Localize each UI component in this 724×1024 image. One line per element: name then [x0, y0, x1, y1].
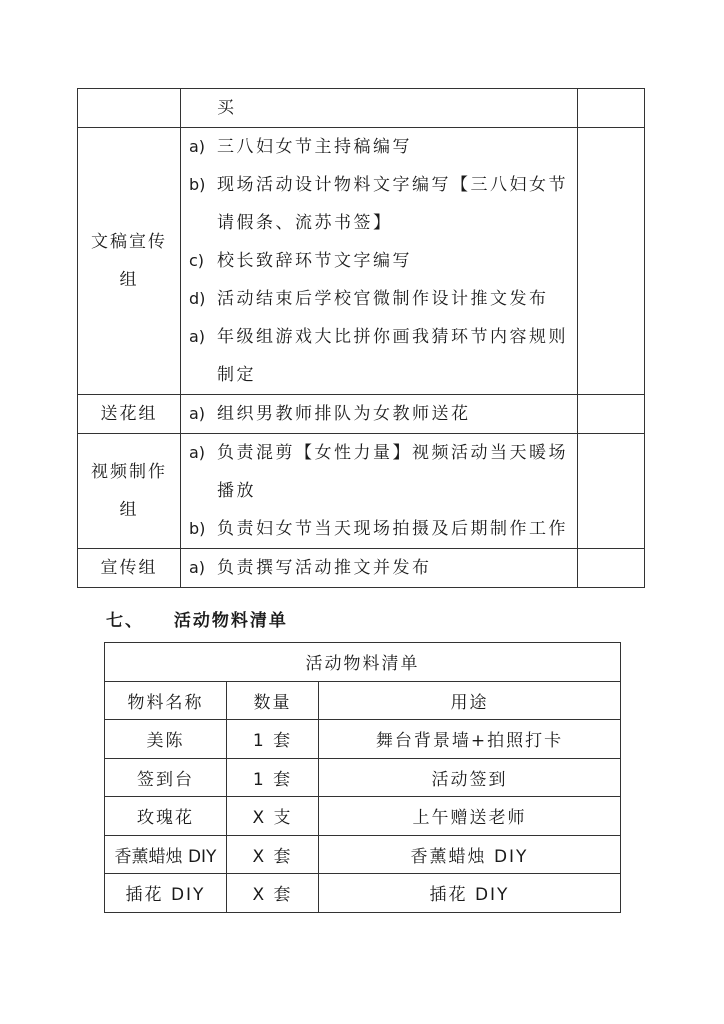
task-text: 组织男教师排队为女教师送花: [217, 395, 577, 433]
material-name: 玫瑰花: [105, 797, 227, 836]
table-row: 买: [78, 89, 645, 128]
note-cell: [578, 434, 645, 549]
table-row: 视频制作组 a) 负责混剪【女性力量】视频活动当天暖场 播放 b) 负责妇女节当…: [78, 434, 645, 549]
group-cell: [78, 89, 181, 128]
material-quantity: X 套: [227, 874, 319, 913]
tasks-cell: a) 组织男教师排队为女教师送花: [181, 395, 578, 434]
material-quantity: X 支: [227, 797, 319, 836]
table-caption: 活动物料清单: [105, 643, 621, 682]
group-cell: 视频制作组: [78, 434, 181, 549]
task-text: 负责撰写活动推文并发布: [217, 549, 577, 587]
tasks-cell: a) 负责混剪【女性力量】视频活动当天暖场 播放 b) 负责妇女节当天现场拍摄及…: [181, 434, 578, 549]
table-row: 插花 DIY X 套 插花 DIY: [105, 874, 621, 913]
table-row: 签到台 1 套 活动签到: [105, 758, 621, 797]
material-quantity: X 套: [227, 835, 319, 874]
group-cell: 宣传组: [78, 549, 181, 588]
material-purpose: 插花 DIY: [319, 874, 621, 913]
table-row: 送花组 a) 组织男教师排队为女教师送花: [78, 395, 645, 434]
section-heading: 七、 活动物料清单: [106, 606, 288, 631]
material-name: 插花 DIY: [105, 874, 227, 913]
material-quantity: 1 套: [227, 758, 319, 797]
task-item: a) 组织男教师排队为女教师送花: [189, 395, 577, 433]
task-continuation: 播放: [189, 472, 577, 510]
task-label: d): [189, 280, 217, 318]
note-cell: [578, 395, 645, 434]
task-label: a): [189, 318, 217, 356]
task-text: 现场活动设计物料文字编写【三八妇女节: [217, 166, 577, 204]
group-cell: 送花组: [78, 395, 181, 434]
task-text: 三八妇女节主持稿编写: [217, 128, 577, 166]
task-text: 负责混剪【女性力量】视频活动当天暖场: [217, 434, 577, 472]
task-assignment-table: 买 文稿宣传组 a) 三八妇女节主持稿编写 b) 现场活动设计物料文字编写【三八…: [77, 88, 645, 588]
task-item: a) 负责撰写活动推文并发布: [189, 549, 577, 587]
table-row: 宣传组 a) 负责撰写活动推文并发布: [78, 549, 645, 588]
material-purpose: 上午赠送老师: [319, 797, 621, 836]
note-cell: [578, 549, 645, 588]
note-cell: [578, 89, 645, 128]
task-continuation: 请假条、流苏书签】: [189, 204, 577, 242]
section-title: 活动物料清单: [174, 611, 288, 631]
task-label: c): [189, 242, 217, 280]
task-item: b) 现场活动设计物料文字编写【三八妇女节: [189, 166, 577, 204]
material-purpose: 舞台背景墙+拍照打卡: [319, 720, 621, 759]
column-header: 物料名称: [105, 681, 227, 720]
table-row: 美陈 1 套 舞台背景墙+拍照打卡: [105, 720, 621, 759]
column-header: 数量: [227, 681, 319, 720]
task-label: b): [189, 166, 217, 204]
task-text: 活动结束后学校官微制作设计推文发布: [217, 280, 577, 318]
task-text: 校长致辞环节文字编写: [217, 242, 577, 280]
task-text: 年级组游戏大比拼你画我猜环节内容规则: [217, 318, 577, 356]
task-label: b): [189, 510, 217, 548]
task-label: a): [189, 549, 217, 587]
material-name: 美陈: [105, 720, 227, 759]
table-row: 玫瑰花 X 支 上午赠送老师: [105, 797, 621, 836]
tasks-cell: 买: [181, 89, 578, 128]
material-name: 签到台: [105, 758, 227, 797]
task-item: b) 负责妇女节当天现场拍摄及后期制作工作: [189, 510, 577, 548]
materials-table: 活动物料清单 物料名称 数量 用途 美陈 1 套 舞台背景墙+拍照打卡 签到台 …: [104, 642, 621, 913]
tasks-cell: a) 负责撰写活动推文并发布: [181, 549, 578, 588]
group-cell: 文稿宣传组: [78, 128, 181, 395]
table-caption-row: 活动物料清单: [105, 643, 621, 682]
tasks-cell: a) 三八妇女节主持稿编写 b) 现场活动设计物料文字编写【三八妇女节 请假条、…: [181, 128, 578, 395]
section-number: 七、: [106, 611, 144, 631]
column-header: 用途: [319, 681, 621, 720]
table-row: 文稿宣传组 a) 三八妇女节主持稿编写 b) 现场活动设计物料文字编写【三八妇女…: [78, 128, 645, 395]
task-item: d) 活动结束后学校官微制作设计推文发布: [189, 280, 577, 318]
note-cell: [578, 128, 645, 395]
material-purpose: 香薰蜡烛 DIY: [319, 835, 621, 874]
task-label: a): [189, 434, 217, 472]
task-item: a) 年级组游戏大比拼你画我猜环节内容规则: [189, 318, 577, 356]
task-item: a) 负责混剪【女性力量】视频活动当天暖场: [189, 434, 577, 472]
table-header-row: 物料名称 数量 用途: [105, 681, 621, 720]
material-name: 香薰蜡烛 DIY: [105, 835, 227, 874]
task-continuation: 买: [189, 89, 577, 127]
task-item: c) 校长致辞环节文字编写: [189, 242, 577, 280]
task-text: 负责妇女节当天现场拍摄及后期制作工作: [217, 510, 577, 548]
material-purpose: 活动签到: [319, 758, 621, 797]
task-label: a): [189, 128, 217, 166]
material-quantity: 1 套: [227, 720, 319, 759]
table-row: 香薰蜡烛 DIY X 套 香薰蜡烛 DIY: [105, 835, 621, 874]
task-label: a): [189, 395, 217, 433]
task-item: a) 三八妇女节主持稿编写: [189, 128, 577, 166]
task-continuation: 制定: [189, 356, 577, 394]
